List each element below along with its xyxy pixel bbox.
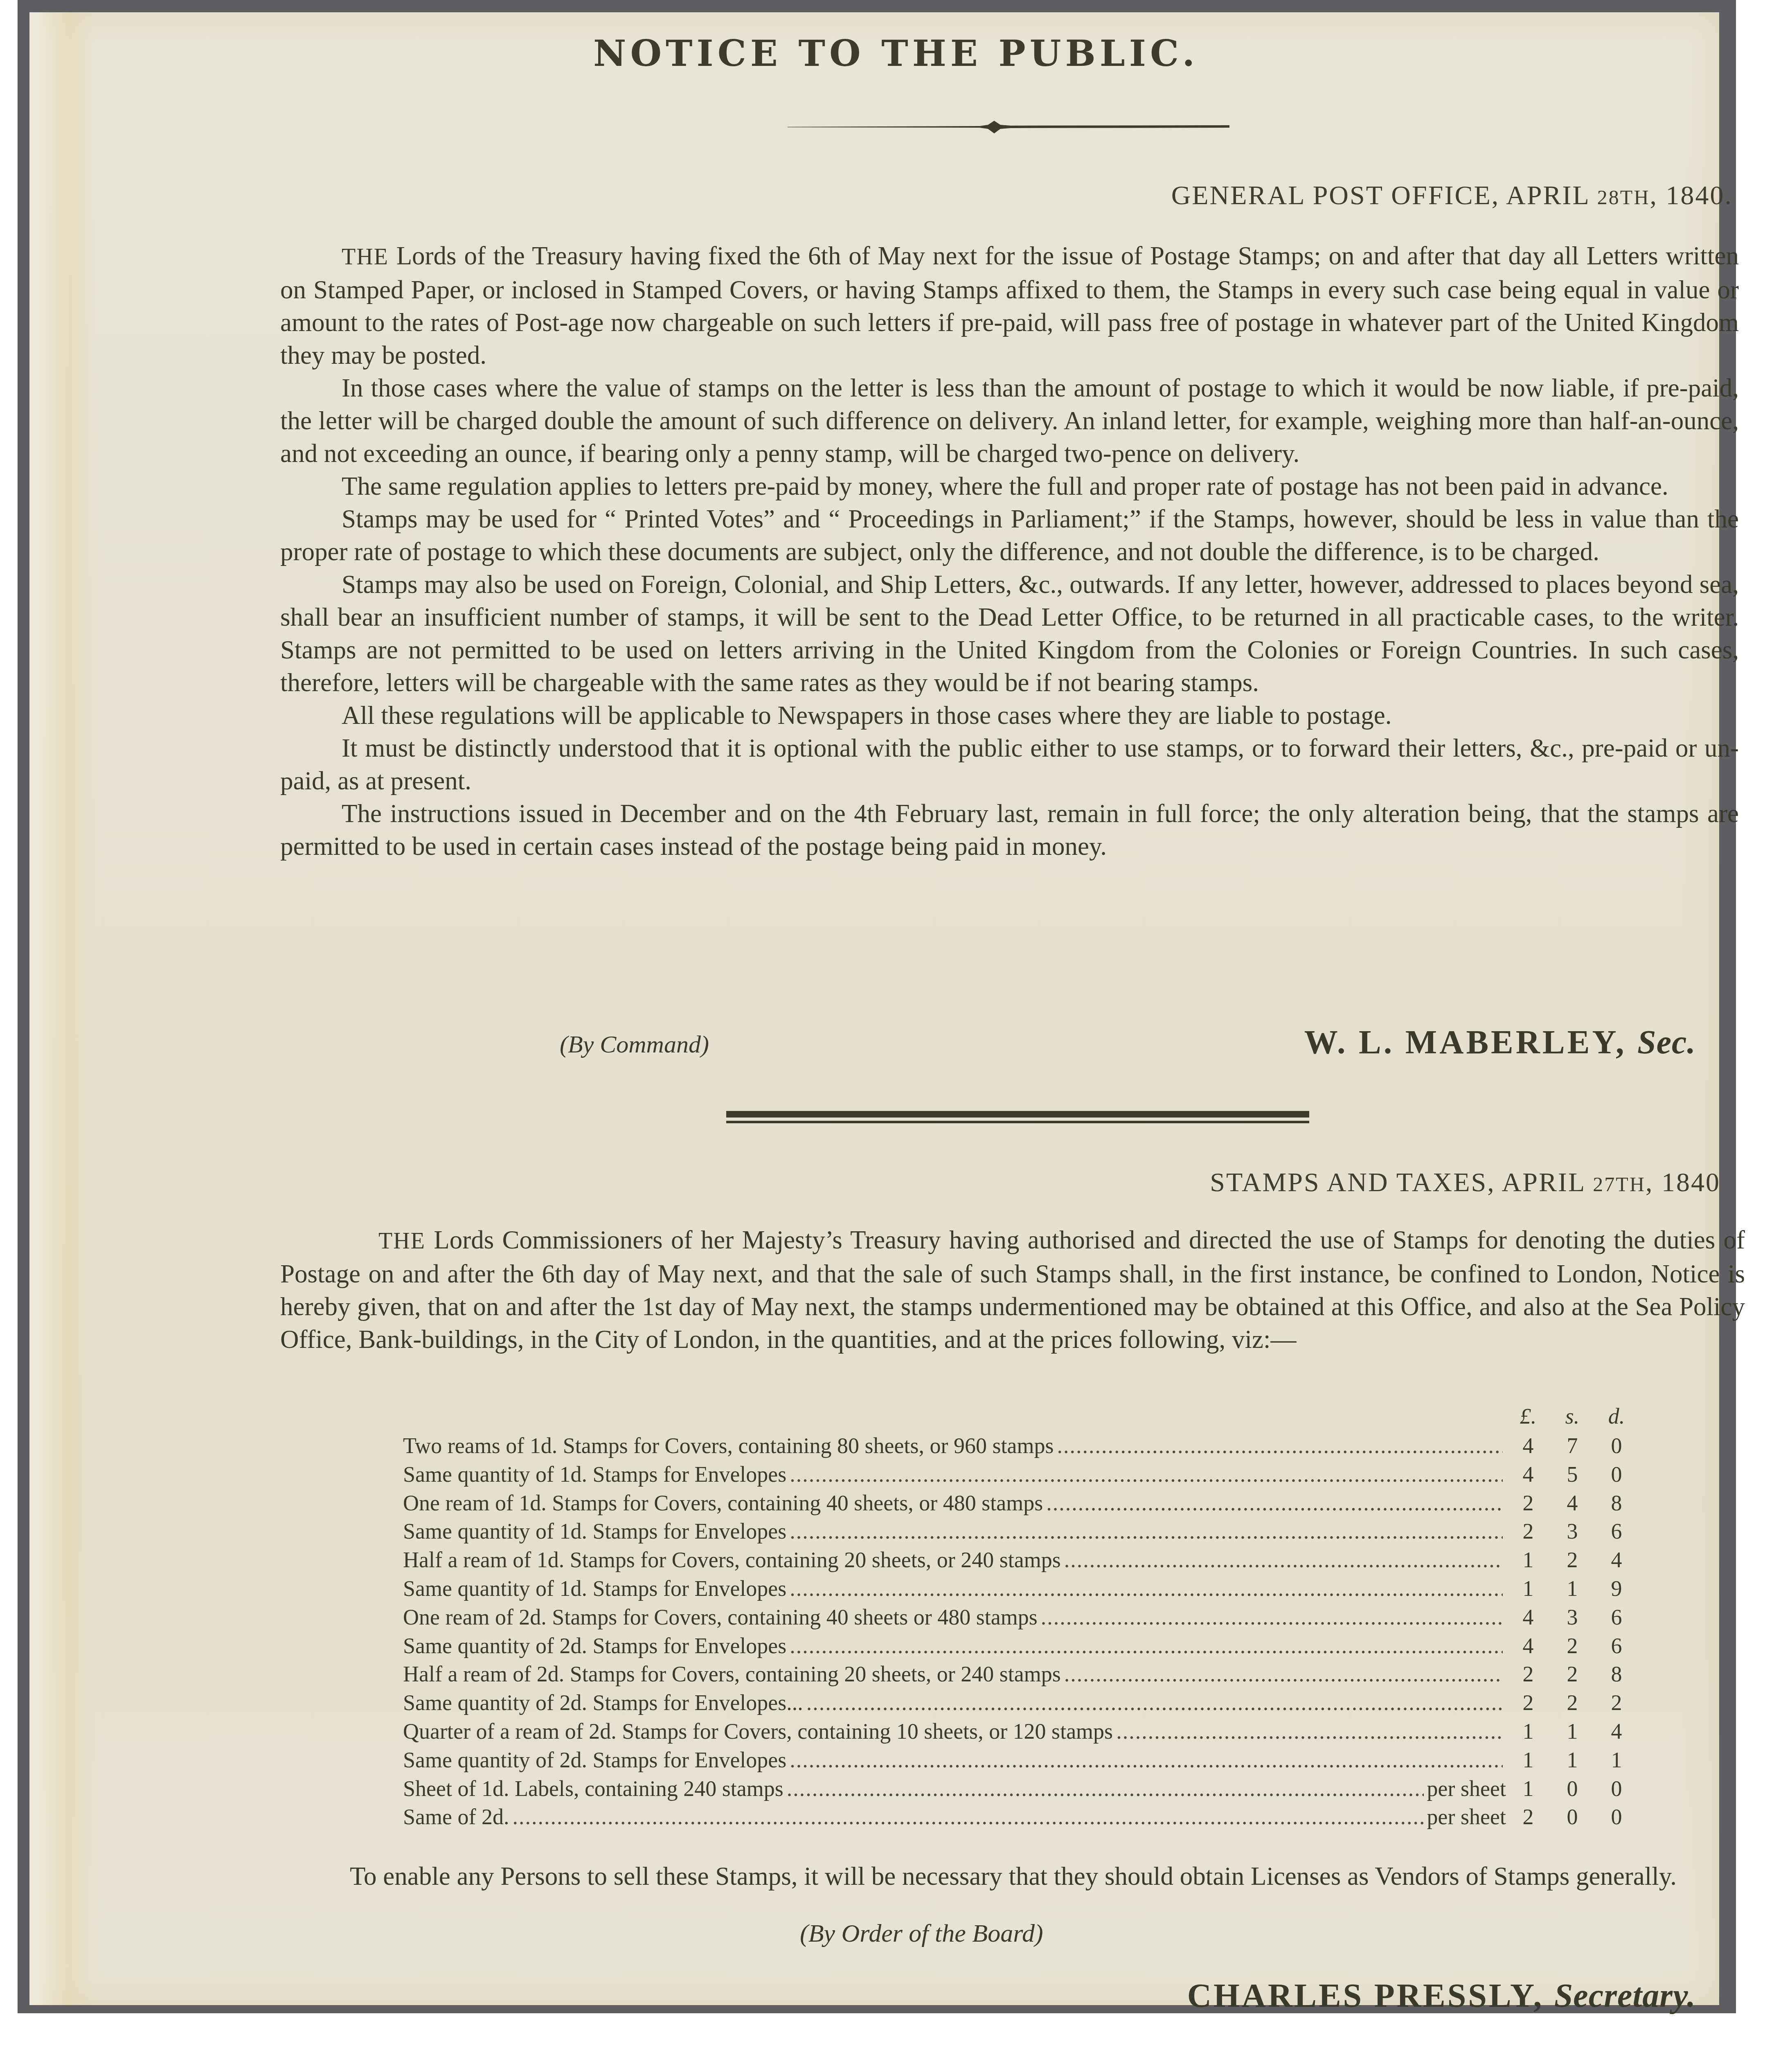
price-pounds: 2 xyxy=(1506,1490,1550,1516)
table-row: One ream of 2d. Stamps for Covers, conta… xyxy=(403,1604,1639,1633)
row-description: Same quantity of 2d. Stamps for Envelope… xyxy=(403,1633,786,1658)
price-shillings: 1 xyxy=(1550,1747,1594,1773)
dateline-prefix: GENERAL POST OFFICE, APRIL xyxy=(1171,180,1597,210)
price-shillings: 2 xyxy=(1550,1661,1594,1687)
row-description: Same quantity of 1d. Stamps for Envelope… xyxy=(403,1576,786,1601)
row-description: Half a ream of 1d. Stamps for Covers, co… xyxy=(403,1547,1061,1573)
leader-dots: ........................................… xyxy=(1064,1547,1503,1573)
divider-thick-line xyxy=(726,1111,1309,1118)
leader-dots: ........................................… xyxy=(1057,1433,1503,1458)
price-pounds: 1 xyxy=(1506,1576,1550,1601)
diamond-rule-ornament-icon xyxy=(788,119,1229,135)
row-description: Sheet of 1d. Labels, containing 240 stam… xyxy=(403,1776,783,1801)
dateline-day: 28th xyxy=(1597,186,1650,209)
leader-dots: ........................................… xyxy=(1116,1719,1503,1744)
notice-paragraph: In those cases where the value of stamps… xyxy=(280,372,1739,470)
table-row: Sheet of 1d. Labels, containing 240 stam… xyxy=(403,1776,1639,1805)
table-row: Half a ream of 1d. Stamps for Covers, co… xyxy=(403,1547,1639,1576)
table-row: Two reams of 1d. Stamps for Covers, cont… xyxy=(403,1433,1639,1462)
price-pence: 6 xyxy=(1594,1633,1639,1658)
leader-dots: ........................................… xyxy=(790,1519,1503,1544)
paragraph-lead: The xyxy=(378,1228,425,1254)
header-pounds: £. xyxy=(1506,1404,1550,1433)
document-title: NOTICE TO THE PUBLIC. xyxy=(0,32,1792,74)
row-unit: per sheet xyxy=(1427,1776,1506,1801)
row-description: Same quantity of 1d. Stamps for Envelope… xyxy=(403,1519,786,1544)
by-command-note: (By Command) xyxy=(560,1030,709,1059)
price-pence: 6 xyxy=(1594,1519,1639,1544)
table-row: Same quantity of 2d. Stamps for Envelope… xyxy=(403,1690,1639,1719)
price-table: £. s. d. Two reams of 1d. Stamps for Cov… xyxy=(403,1404,1639,1833)
price-shillings: 7 xyxy=(1550,1433,1594,1458)
signatory-name: CHARLES PRESSLY, xyxy=(1187,1977,1544,2014)
signatory-title: Sec. xyxy=(1637,1023,1696,1061)
table-row: Same quantity of 1d. Stamps for Envelope… xyxy=(403,1576,1639,1604)
leader-dots: ........................................… xyxy=(1046,1490,1503,1516)
price-shillings: 3 xyxy=(1550,1519,1594,1544)
price-pence: 0 xyxy=(1594,1776,1639,1801)
header-pence: d. xyxy=(1594,1404,1639,1433)
price-table-rows: Two reams of 1d. Stamps for Covers, cont… xyxy=(403,1433,1639,1833)
signatory-name: W. L. MABERLEY, xyxy=(1304,1023,1627,1061)
signature-pressly: CHARLES PRESSLY, Secretary. xyxy=(1187,1976,1696,2015)
price-shillings: 0 xyxy=(1550,1804,1594,1830)
price-pence: 0 xyxy=(1594,1433,1639,1458)
notice-paragraph: All these regulations will be applicable… xyxy=(280,699,1739,732)
row-description: Same quantity of 2d. Stamps for Envelope… xyxy=(403,1690,803,1715)
price-pounds: 4 xyxy=(1506,1462,1550,1487)
table-row: Same quantity of 1d. Stamps for Envelope… xyxy=(403,1462,1639,1490)
price-pounds: 1 xyxy=(1506,1776,1550,1801)
dateline-general-post-office: GENERAL POST OFFICE, APRIL 28th, 1840. xyxy=(1171,180,1733,211)
row-description: One ream of 2d. Stamps for Covers, conta… xyxy=(403,1604,1038,1630)
dateline-prefix: STAMPS AND TAXES, APRIL xyxy=(1210,1167,1593,1197)
dateline-suffix: , 1840 xyxy=(1646,1167,1720,1197)
stamps-taxes-paragraph: The Lords Commissioners of her Majesty’s… xyxy=(280,1224,1745,1356)
closing-paragraph: To enable any Persons to sell these Stam… xyxy=(280,1860,1745,1893)
table-row: One ream of 1d. Stamps for Covers, conta… xyxy=(403,1490,1639,1519)
price-pence: 8 xyxy=(1594,1490,1639,1516)
price-pence: 1 xyxy=(1594,1747,1639,1773)
signatory-title: Secretary. xyxy=(1554,1977,1696,2014)
table-row: Same quantity of 2d. Stamps for Envelope… xyxy=(403,1747,1639,1776)
price-shillings: 5 xyxy=(1550,1462,1594,1487)
price-pence: 2 xyxy=(1594,1690,1639,1715)
paper-stain xyxy=(29,12,95,2005)
price-shillings: 3 xyxy=(1550,1604,1594,1630)
notice-paragraph: Stamps may also be used on Foreign, Colo… xyxy=(280,568,1739,699)
price-pounds: 4 xyxy=(1506,1633,1550,1658)
price-pounds: 1 xyxy=(1506,1747,1550,1773)
dateline-stamps-and-taxes: STAMPS AND TAXES, APRIL 27th, 1840 xyxy=(1210,1167,1720,1198)
header-shillings: s. xyxy=(1550,1404,1594,1433)
price-pence: 9 xyxy=(1594,1576,1639,1601)
notice-paragraph: The instructions issued in December and … xyxy=(280,797,1739,863)
price-shillings: 2 xyxy=(1550,1633,1594,1658)
price-pence: 6 xyxy=(1594,1604,1639,1630)
table-row: Half a ream of 2d. Stamps for Covers, co… xyxy=(403,1661,1639,1690)
price-pence: 0 xyxy=(1594,1462,1639,1487)
section-divider xyxy=(726,1111,1309,1123)
leader-dots: ........................................… xyxy=(790,1462,1503,1487)
row-description: One ream of 1d. Stamps for Covers, conta… xyxy=(403,1490,1043,1516)
notice-paragraph: It must be distinctly understood that it… xyxy=(280,732,1739,797)
notice-body: The Lords of the Treasury having fixed t… xyxy=(280,239,1739,863)
divider-thin-line xyxy=(726,1121,1309,1123)
stamps-taxes-body: The Lords Commissioners of her Majesty’s… xyxy=(280,1224,1745,1356)
leader-dots: ........................................… xyxy=(512,1804,1423,1830)
table-row: Same quantity of 2d. Stamps for Envelope… xyxy=(403,1633,1639,1662)
table-row: Quarter of a ream of 2d. Stamps for Cove… xyxy=(403,1719,1639,1747)
row-unit: per sheet xyxy=(1427,1804,1506,1830)
price-shillings: 1 xyxy=(1550,1576,1594,1601)
price-pounds: 4 xyxy=(1506,1604,1550,1630)
row-description: Same quantity of 1d. Stamps for Envelope… xyxy=(403,1462,786,1487)
price-pounds: 1 xyxy=(1506,1547,1550,1573)
row-description: Half a ream of 2d. Stamps for Covers, co… xyxy=(403,1661,1061,1687)
leader-dots: ........................................… xyxy=(1041,1604,1503,1630)
signature-maberley: W. L. MABERLEY, Sec. xyxy=(1304,1023,1696,1061)
leader-dots: ........................................… xyxy=(1064,1661,1503,1687)
notice-paragraph: The same regulation applies to letters p… xyxy=(280,470,1739,502)
dateline-suffix: , 1840. xyxy=(1650,180,1733,210)
notice-paragraph: Stamps may be used for “ Printed Votes” … xyxy=(280,502,1739,568)
price-pounds: 2 xyxy=(1506,1519,1550,1544)
row-description: Same quantity of 2d. Stamps for Envelope… xyxy=(403,1747,786,1773)
price-shillings: 2 xyxy=(1550,1547,1594,1573)
row-description: Two reams of 1d. Stamps for Covers, cont… xyxy=(403,1433,1054,1458)
price-pounds: 1 xyxy=(1506,1719,1550,1744)
price-shillings: 0 xyxy=(1550,1776,1594,1801)
price-table-header: £. s. d. xyxy=(403,1404,1639,1433)
price-pounds: 4 xyxy=(1506,1433,1550,1458)
price-pence: 4 xyxy=(1594,1719,1639,1744)
price-pounds: 2 xyxy=(1506,1690,1550,1715)
row-description: Quarter of a ream of 2d. Stamps for Cove… xyxy=(403,1719,1113,1744)
dateline-day: 27th xyxy=(1593,1173,1646,1196)
leader-dots: ........................................… xyxy=(790,1747,1503,1773)
leader-dots: ........................................… xyxy=(806,1690,1503,1715)
notice-paragraph: The Lords of the Treasury having fixed t… xyxy=(280,239,1739,372)
price-pence: 8 xyxy=(1594,1661,1639,1687)
table-row: Same quantity of 1d. Stamps for Envelope… xyxy=(403,1519,1639,1547)
price-shillings: 4 xyxy=(1550,1490,1594,1516)
price-shillings: 2 xyxy=(1550,1690,1594,1715)
by-order-note: (By Order of the Board) xyxy=(800,1919,1043,1948)
leader-dots: ........................................… xyxy=(790,1576,1503,1601)
leader-dots: ........................................… xyxy=(790,1633,1503,1658)
row-description: Same of 2d. xyxy=(403,1804,509,1830)
leader-dots: ........................................… xyxy=(787,1776,1424,1801)
price-pence: 0 xyxy=(1594,1804,1639,1830)
price-shillings: 1 xyxy=(1550,1719,1594,1744)
price-pounds: 2 xyxy=(1506,1804,1550,1830)
price-pounds: 2 xyxy=(1506,1661,1550,1687)
price-pence: 4 xyxy=(1594,1547,1639,1573)
paragraph-lead: The xyxy=(342,244,389,270)
table-row: Same of 2d..............................… xyxy=(403,1804,1639,1833)
